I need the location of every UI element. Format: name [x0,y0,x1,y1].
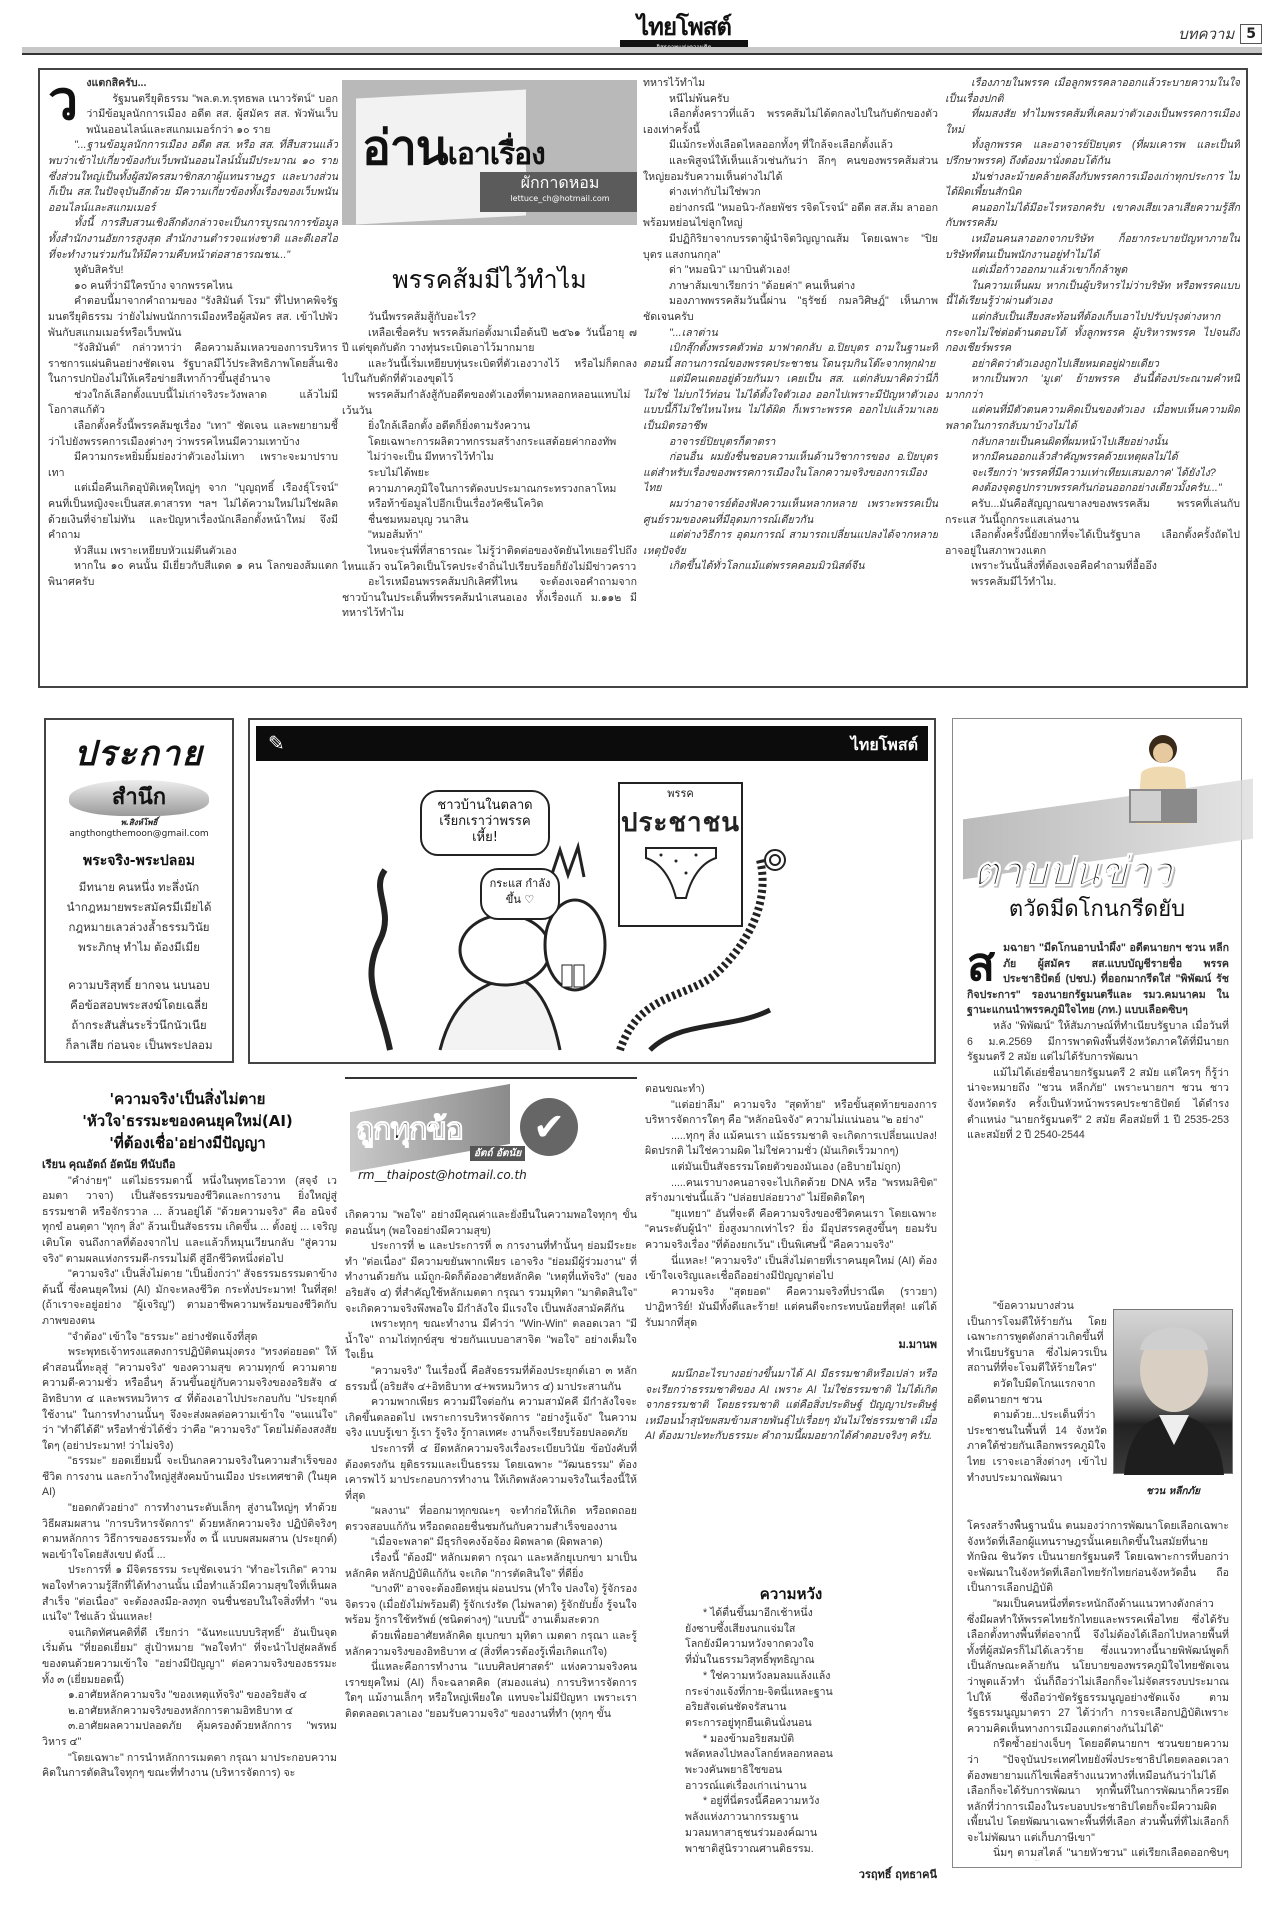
column-email: rm__thaipost@hotmail.co.th [358,1168,527,1182]
page-number: 5 [1240,24,1262,44]
salutation: เรียน คุณอัตถ์ อัตนัย ที่นับถือ [42,1158,337,1174]
news-column-text-bottom: โครงสร้างพื้นฐานนั้น ตนมองว่าการพัฒนาโดย… [967,1519,1229,1861]
author-ribbon: ผักกาดหอม lettuce_ch@hotmail.com [480,172,637,212]
news-column-box: ตาบปนข่าว ตวัดมีดโกนกรีดยับ ส มฉายา "มีด… [952,718,1242,1868]
section-label: บทความ [1178,22,1234,46]
top-article-col-3: ทหารไว้ทำไม หนีไม่พ้นครับ เลือกตั้งคราวท… [643,76,938,681]
dropcap: ส [967,941,995,987]
poem-title: พระจริง-พระปลอม [46,850,232,872]
poem-stanza-1: มีทนาย คนหนึ่ง ทะลึ่งนัก นำกฎหมายพระสมัค… [46,878,232,958]
poem-stanza-2: ความบริสุทธิ์ ยากจน นบนอบ คือข้อสอบพระสง… [46,976,232,1056]
speech-bubble-1: ชาวบ้านในตลาด เรียกเราว่าพรรค เหี้ย! [420,790,550,856]
qa-column-logo: ถูกทุกข้อ ✔ อัตถ์ อัตนัย rm__thaipost@ho… [350,1088,630,1198]
speech-bubble-2: กระแส กำลังขึ้น ♡ [480,868,560,920]
mascot-icon: ✎ [268,731,285,755]
column-banner: อ่านเอาเรื่อง ผักกาดหอม lettuce_ch@hotma… [342,80,637,225]
article-headline: พรรคส้มมีไว้ทำไม [342,260,637,300]
letter-title: 'ความจริง'เป็นสิ่งไม่ตาย 'หัวใจ'ธรรมะของ… [40,1088,335,1154]
column-headline: ตวัดมีดโกนกรีดยับ [953,891,1241,926]
chuan-photo [1113,1309,1233,1474]
portrait-illustration [1114,1310,1234,1475]
scroll-banner: สำนึก [69,780,209,816]
cartoon-drawing: ชาวบ้านในตลาด เรียกเราว่าพรรค เหี้ย! กระ… [350,770,820,1055]
poem-column-logo: ประกาย สำนึก พ.สิงห์โพธิ์ angthongthemoo… [46,726,232,839]
column-logo: ตาบปนข่าว [953,729,1241,879]
top-article-col-2: วันนี้พรรคส้มสู้กับอะไร? เหลือเชื่อครับ … [342,310,637,682]
qa-body-col-1: เกิดความ "พอใจ" อย่างมีคุณค่าและยั่งยืนใ… [345,1208,637,1920]
underwear-drawing [641,843,721,903]
letter-signature: ม.มานพ [645,1338,937,1354]
poem-signature: วรฤทธิ์ ฤทธาคนี [645,1865,937,1883]
qa-body-col-2: ตอนขณะทำ) "แต่อย่าลืม" ความจริง "สุดท้าย… [645,1082,937,1572]
masthead: ไทยโพสต์ อิสรภาพแห่งความคิด บทความ 5 [0,0,1286,60]
poem-box: ประกาย สำนึก พ.สิงห์โพธิ์ angthongthemoo… [44,718,234,1063]
dropcap: ว [48,76,78,126]
hope-poem-title: ความหวัง [645,1582,937,1606]
news-column-wrap-text: "ข้อความบางส่วนเป็นการโจมตีให้ร้ายกัน โด… [967,1299,1107,1517]
checkmark-icon: ✔ [520,1098,578,1156]
top-article-col-4: เรื่องภายในพรรค เมื่อลูกพรรคลาออกแล้วระบ… [945,76,1240,681]
editor-reply: ผมนึกอะไรบางอย่างขึ้นมาได้ AI มีธรรมชาติ… [645,1367,937,1445]
section-divider [345,1077,637,1079]
top-article: ว งแตกสิครับ... รัฐมนตรียุติธรรม "พล.ต.ท… [38,68,1248,688]
party-poster: พรรค ประชาชน [618,782,743,927]
cartoon-brand: ไทยโพสต์ [851,733,918,758]
news-column-text: ส มฉายา "มีดโกนอาบน้ำผึ้ง" อดีตนายกฯ ชวน… [967,941,1229,1296]
letter-body: เรียน คุณอัตถ์ อัตนัย ที่นับถือ "คำง่ายๆ… [42,1158,337,1920]
poem-email: angthongthemoon@gmail.com [46,829,232,839]
reader-illustration [1123,729,1203,839]
photo-caption: ชวน หลีกภัย [1113,1484,1233,1499]
masthead-rule-dark [22,53,1262,55]
top-article-col-1: ว งแตกสิครับ... รัฐมนตรียุติธรรม "พล.ต.ท… [48,76,338,681]
editorial-cartoon: ✎ ไทยโพสต์ ชาวบ้านในตลาด เรียกเราว่าพรรค… [248,718,936,1064]
cartoon-header-bar: ✎ ไทยโพสต์ [256,726,928,761]
hope-poem: ความหวัง * ได้ตื่นขึ้นมาอีกเช้าหนึ่ง ยัง… [645,1582,937,1920]
section-tag: บทความ 5 [1178,22,1262,46]
